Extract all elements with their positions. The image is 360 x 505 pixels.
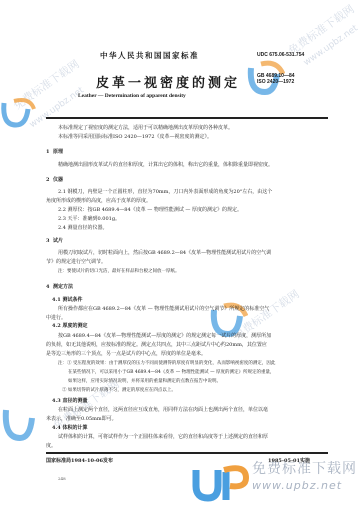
section-text: 中进行。 [46, 315, 66, 321]
section-note: 注：① 受压程度的效果：由于测厚仪的压力不同而使测得的厚度有明显的变化，从而影响… [58, 361, 275, 367]
section-text: 2.3 天平：准确到0.001g。 [58, 216, 120, 222]
subsection-heading: 4.2 厚度的测定 [52, 323, 87, 329]
udc-number: UDC 675.06-531.754 [257, 52, 304, 58]
section-text: 所有操作都应在GB 4689.2—84《皮革 — 物理性能测试用试片的空气调节》… [58, 306, 269, 312]
iso-number: ISO 2420—1972 [257, 79, 295, 85]
section-note: 如果这样，应用实际情况说明，并将采用的重量和测定的点数在报告中说明。 [68, 379, 221, 385]
section-note: ② 如果切得的试片厚薄不匀，测定的厚度应在四点以上。 [62, 388, 176, 394]
document-title-en: Leather — Determination of apparent dens… [78, 93, 186, 99]
section-text: 2.2 测厚仪：按GB 4689.4—84《皮革 — 物理性能测试 — 厚度的测… [58, 207, 242, 213]
subsection-heading: 4.1 测试条件 [52, 297, 82, 303]
section-text: 精确地测出圆形皮革试片的直径和厚度，计算出它的体积，称出它的重量，体积除重量即视… [58, 162, 273, 168]
section-text: 用模刀切取试片，切时粒面向上，然后按GB 4689.2—84《皮革—物理性能测试… [58, 250, 271, 256]
page-number: 248 [58, 476, 66, 481]
footer-divider [46, 452, 328, 454]
issue-date: 国家标准局1984-10-06发布 [46, 457, 113, 464]
brand-url: www.upbz.net [252, 479, 342, 492]
section-text: 角度所形成的楔形的高度，应高于皮革的厚度。 [46, 198, 151, 204]
section-text: 度。 [46, 443, 56, 449]
national-standard-label: 中华人民共和国国家标准 [100, 50, 199, 61]
standard-numbers: GB 4689.10—84 ISO 2420—1972 [257, 73, 295, 85]
section-note: 注：要使试片的切口光洁，最好在样品和台板之间放一厚纸。 [58, 269, 180, 275]
section-text: 按GB 4689.4—84《皮革—物理性能测试—厚度的测定》的规定测定每一试片的… [58, 333, 271, 339]
section-text: 是等边三角形的三个顶点，另一点是试片的中心点，厚度的单位是毫米。 [46, 351, 206, 357]
section-text: 米表示，准确至0.05mm即可。 [46, 416, 117, 422]
section-text: 试样体积的计算，可将试样作为一个正圆柱体来看待，它的直径和高度等于上述测定的直径… [58, 434, 268, 440]
section-text: 在粒面上测定两个直径，这两直径应互成直角，用同样方法在肉面上也测出两个直径，单位… [58, 407, 268, 413]
section-text: 2.4 测量直径的仪器。 [58, 225, 108, 231]
header-divider [46, 117, 328, 119]
document-title-cn: 皮革一视密度的测定 [96, 72, 240, 91]
section-heading: 3 试片 [46, 238, 63, 244]
up-logo-icon [192, 462, 250, 502]
section-heading: 2 仪器 [46, 177, 63, 183]
intro-line: 本标准等同采用国际标准ISO 2420—1972《皮革—视密度的测定》。 [58, 134, 212, 140]
effective-date: 1985-05-01实施 [268, 457, 310, 464]
document-page: 免费标准下载网 www.upbz.net 免费标准下载网 www.upbz.ne… [0, 0, 360, 505]
up-logo-icon [0, 95, 36, 131]
section-text: 2.1 钢模刀，内壁是一个正圆柱形，直径为70mm，刀口内外表面形成的角度为20… [58, 189, 272, 195]
subsection-heading: 4.4 体积的计算 [52, 425, 87, 431]
section-text: 的负荷，如无其他说明，应按标准的规定。测定点共四点，其中三点距试片中心约20mm… [46, 342, 267, 348]
section-text: 节》的规定进行空气调节。 [46, 259, 106, 265]
intro-line: 本标准规定了视密度的测定方法，适用于可以精确地测出皮革厚度的各种皮革。 [58, 125, 233, 131]
up-logo-icon [0, 400, 40, 445]
subsection-heading: 4.3 直径的测量 [52, 398, 87, 404]
section-note: 在某些情况下，可以采用小于GB 4689.4—84《皮革 — 物理性能测试 — … [68, 370, 275, 376]
section-heading: 4 测定方法 [46, 284, 73, 290]
section-heading: 1 原理 [46, 149, 63, 155]
